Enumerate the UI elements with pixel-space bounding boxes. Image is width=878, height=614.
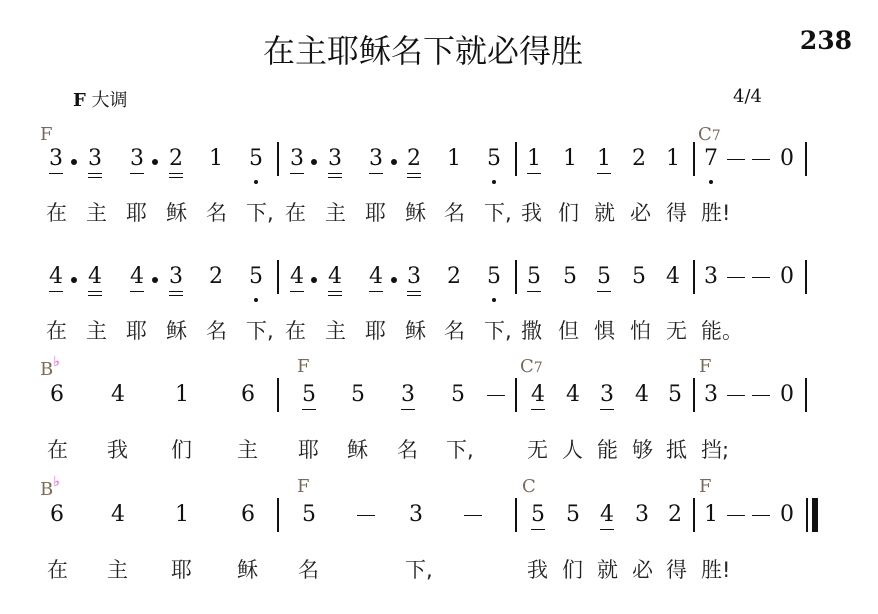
dot-augmentation: [391, 159, 397, 165]
bar-line: [805, 260, 807, 294]
extension-dash: [727, 515, 745, 516]
note: 6: [238, 502, 258, 528]
note: 3: [287, 146, 307, 172]
lyric: 在: [46, 197, 67, 227]
note: 6: [238, 382, 258, 408]
bar-line: [277, 142, 279, 176]
dot-augmentation: [391, 277, 397, 283]
lyric: 稣: [166, 197, 187, 227]
lyric: 我: [521, 197, 542, 227]
note: 4: [85, 264, 105, 290]
chord-symbol: F: [699, 476, 712, 497]
time-signature: 4/4: [733, 86, 762, 107]
lyric: 名: [444, 197, 465, 227]
note: 3: [325, 146, 345, 172]
bar-line: [805, 378, 807, 412]
note: 1: [560, 146, 580, 172]
chord-ext: 7: [534, 360, 543, 376]
lyric: 无: [527, 434, 548, 464]
note: 3: [46, 146, 66, 172]
note: 1: [172, 382, 192, 408]
note: 3: [406, 502, 426, 528]
chord-root: C: [520, 356, 534, 377]
note: 2: [444, 264, 464, 290]
hymn-title: 在主耶稣名下就必得胜: [0, 26, 846, 72]
note: 3: [398, 382, 418, 408]
lyric: 得: [666, 554, 687, 584]
note: 0: [777, 502, 797, 528]
note: 5: [448, 382, 468, 408]
lyric: 下,: [246, 315, 274, 345]
lyric: 稣: [405, 315, 426, 345]
chord-symbol: F: [40, 124, 53, 145]
lyric: 就: [597, 554, 618, 584]
note: 4: [287, 264, 307, 290]
note: 5: [299, 502, 319, 528]
note: 5: [665, 382, 685, 408]
extension-dash: [727, 395, 745, 396]
extension-dash: [727, 277, 745, 278]
lyric: 在: [47, 554, 68, 584]
extension-dash: [727, 159, 745, 160]
note: 1: [444, 146, 464, 172]
bar-line: [693, 378, 695, 412]
lyric: 抵: [666, 434, 687, 464]
note: 4: [632, 382, 652, 408]
bar-line: [805, 142, 807, 176]
note: 5: [484, 264, 504, 290]
bar-line: [277, 498, 279, 532]
lyric: 耶: [126, 197, 147, 227]
bar-line: [515, 142, 517, 176]
score-line-3: B♭ F C7 F 6 4 1 6 5 5 3 5 4 4 3 4 5 3 0 …: [0, 352, 878, 462]
chord-symbol: F: [297, 476, 310, 497]
chord-symbol: C7: [520, 356, 543, 377]
note: 4: [127, 264, 147, 290]
chord-root: B: [40, 359, 53, 380]
note: 0: [777, 146, 797, 172]
note: 2: [404, 146, 424, 172]
score-line-1: F C7 3 3 3 2 1 5 3 3 3 2 1 5 1 1 1 2 1 7…: [0, 120, 878, 230]
note: 5: [484, 146, 504, 172]
lyric: 就: [594, 197, 615, 227]
note: 0: [777, 264, 797, 290]
lyric: 们: [171, 434, 192, 464]
dot-augmentation: [71, 277, 77, 283]
extension-dash: [752, 515, 770, 516]
note: 2: [206, 264, 226, 290]
chord-symbol: B♭: [40, 356, 60, 380]
note: 3: [701, 264, 721, 290]
lyric: 惧: [594, 315, 615, 345]
final-bar-thin: [806, 498, 808, 532]
bar-line: [693, 498, 695, 532]
chord-symbol: F: [297, 356, 310, 377]
note: 4: [528, 382, 548, 408]
note: 5: [246, 146, 266, 172]
extension-dash: [752, 277, 770, 278]
key-letter: F: [73, 90, 86, 111]
note: 7: [701, 146, 721, 172]
note: 4: [597, 502, 617, 528]
lyric: 我: [527, 554, 548, 584]
note: 5: [524, 264, 544, 290]
lyric: 下,: [484, 315, 512, 345]
lyric: 胜!: [701, 554, 730, 584]
note: 3: [597, 382, 617, 408]
note: 4: [563, 382, 583, 408]
note: 4: [108, 502, 128, 528]
note: 5: [246, 264, 266, 290]
lyric: 在: [285, 197, 306, 227]
lyric: 耶: [298, 434, 319, 464]
lyric: 无: [666, 315, 687, 345]
note: 5: [594, 264, 614, 290]
note: 4: [366, 264, 386, 290]
lyric: 耶: [171, 554, 192, 584]
dot-augmentation: [152, 277, 158, 283]
bar-line: [277, 378, 279, 412]
lyric: 们: [558, 197, 579, 227]
lyric: 得: [666, 197, 687, 227]
lyric: 撒: [521, 315, 542, 345]
lyric: 够: [632, 434, 653, 464]
note: 5: [348, 382, 368, 408]
note: 1: [594, 146, 614, 172]
lyric: 必: [630, 197, 651, 227]
lyric: 在: [285, 315, 306, 345]
lyric: 下,: [446, 434, 474, 464]
final-bar-thick: [812, 498, 818, 532]
lyric: 怕: [630, 315, 651, 345]
dot-augmentation: [71, 159, 77, 165]
chord-root: B: [40, 479, 53, 500]
lyric: 名: [444, 315, 465, 345]
lyric: 们: [562, 554, 583, 584]
note: 5: [560, 264, 580, 290]
lyric: 主: [107, 554, 128, 584]
lyric: 主: [237, 434, 258, 464]
chord-symbol: C: [522, 476, 536, 497]
note: 1: [524, 146, 544, 172]
lyric: 在: [47, 434, 68, 464]
note: 4: [46, 264, 66, 290]
lyric: 主: [325, 315, 346, 345]
dot-augmentation: [152, 159, 158, 165]
lyric: 但: [558, 315, 579, 345]
note: 5: [629, 264, 649, 290]
flat-icon: ♭: [53, 354, 60, 370]
note: 2: [166, 146, 186, 172]
lyric: 主: [86, 197, 107, 227]
lyric: 胜!: [701, 197, 730, 227]
chord-root: C: [698, 124, 712, 145]
key-signature: F 大调: [73, 86, 128, 112]
dot-augmentation: [311, 277, 317, 283]
note: 5: [563, 502, 583, 528]
dot-augmentation: [311, 159, 317, 165]
note: 3: [632, 502, 652, 528]
note: 5: [299, 382, 319, 408]
bar-line: [515, 260, 517, 294]
note: 6: [47, 502, 67, 528]
note: 3: [701, 382, 721, 408]
bar-line: [515, 378, 517, 412]
lyric: 主: [86, 315, 107, 345]
chord-symbol: C7: [698, 124, 721, 145]
lyric: 稣: [166, 315, 187, 345]
lyric: 耶: [126, 315, 147, 345]
bar-line: [693, 142, 695, 176]
bar-line: [277, 260, 279, 294]
note: 6: [47, 382, 67, 408]
note: 3: [166, 264, 186, 290]
extension-dash: [752, 159, 770, 160]
chord-ext: 7: [712, 128, 721, 144]
flat-icon: ♭: [53, 474, 60, 490]
chord-symbol: F: [699, 356, 712, 377]
note: 1: [206, 146, 226, 172]
lyric: 我: [107, 434, 128, 464]
note: 4: [325, 264, 345, 290]
lyric: 人: [562, 434, 583, 464]
lyric: 耶: [365, 197, 386, 227]
hymn-number: 238: [800, 26, 852, 55]
bar-line: [693, 260, 695, 294]
extension-dash: [357, 515, 375, 516]
note: 2: [665, 502, 685, 528]
note: 4: [663, 264, 683, 290]
lyric: 稣: [405, 197, 426, 227]
lyric: 必: [632, 554, 653, 584]
bar-line: [515, 498, 517, 532]
lyric: 在: [46, 315, 67, 345]
lyric: 名: [298, 554, 319, 584]
note: 3: [85, 146, 105, 172]
score-line-4: B♭ F C F 6 4 1 6 5 3 5 5 4 3 2 1 0 在 主 耶…: [0, 472, 878, 582]
note: 5: [528, 502, 548, 528]
note: 3: [366, 146, 386, 172]
lyric: 名: [397, 434, 418, 464]
extension-dash: [487, 395, 505, 396]
lyric: 耶: [365, 315, 386, 345]
lyric: 名: [206, 197, 227, 227]
note: 0: [777, 382, 797, 408]
lyric: 稣: [237, 554, 258, 584]
score-line-2: 4 4 4 3 2 5 4 4 4 3 2 5 5 5 5 5 4 3 0 在 …: [0, 240, 878, 350]
lyric: 下,: [484, 197, 512, 227]
extension-dash: [464, 515, 482, 516]
key-label: 大调: [92, 90, 128, 111]
lyric: 能。: [701, 315, 743, 345]
note: 1: [663, 146, 683, 172]
lyric: 挡;: [701, 434, 729, 464]
chord-symbol: B♭: [40, 476, 60, 500]
lyric: 能: [597, 434, 618, 464]
note: 3: [404, 264, 424, 290]
lyric: 下,: [405, 554, 433, 584]
lyric: 稣: [347, 434, 368, 464]
note: 1: [172, 502, 192, 528]
note: 4: [108, 382, 128, 408]
extension-dash: [752, 395, 770, 396]
note: 2: [629, 146, 649, 172]
note: 1: [701, 502, 721, 528]
note: 3: [127, 146, 147, 172]
lyric: 下,: [246, 197, 274, 227]
lyric: 名: [206, 315, 227, 345]
lyric: 主: [325, 197, 346, 227]
